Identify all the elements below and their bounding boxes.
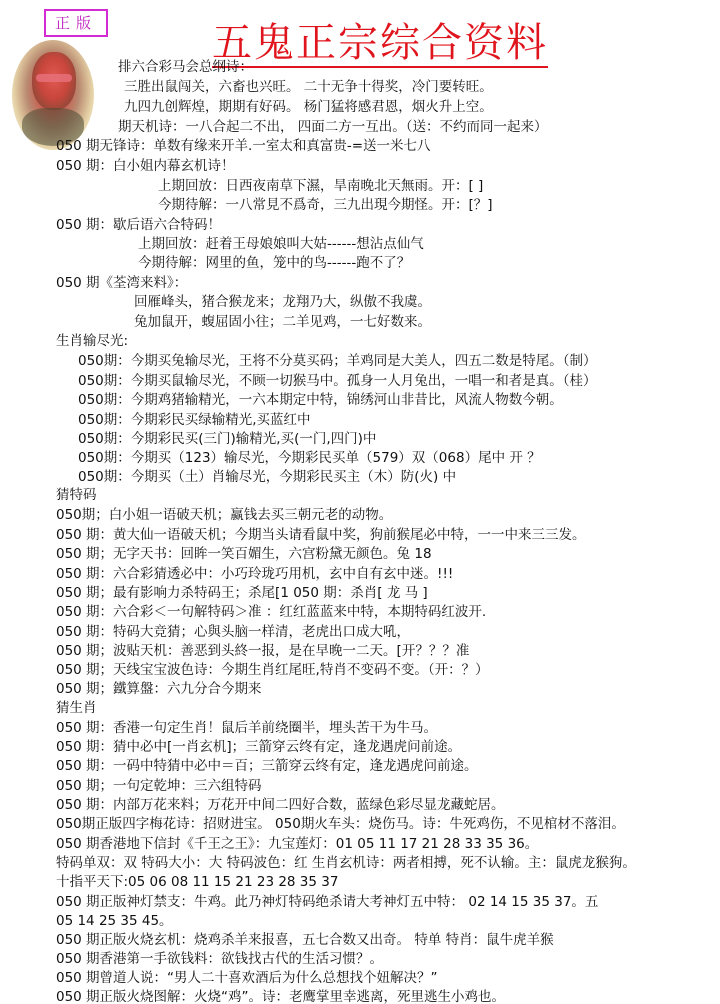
text-line: 050 期正版火烧图解：火烧“鸡”。诗：老鹰掌里幸逃离，死里逃生小鸡也。 [56, 988, 505, 1004]
text-line: 生肖输尽光: [56, 332, 128, 350]
text-line: 050 期正版神灯禁支：牛鸡。此乃神灯特码绝杀请大考神灯五中特： 02 14 1… [56, 893, 598, 911]
text-line: 050 期：猜中必中[一肖玄机]；三箭穿云终有定，逢龙遇虎问前途。 [56, 738, 461, 756]
text-line: 今期待解：网里的鱼，笼中的鸟------跑不了？ [138, 254, 410, 272]
text-line: 期天机诗：一八合起二不出， 四面二方一互出。（送：不约而同一起来） [118, 118, 548, 136]
text-line: 050 期；天线宝宝波色诗：今期生肖红尾旺,特肖不变码不变。（开：？） [56, 661, 489, 679]
text-line: 050 期；无字天书：回眸一笑百媚生，六宫粉黛无颜色。兔 18 [56, 545, 432, 563]
text-line: 050 期：歇后语六合特码！ [56, 216, 221, 234]
text-line: 050 期；最有影响力杀特码王；杀尾[1 050 期：杀肖[ 龙 马 ] [56, 584, 428, 602]
genuine-badge: 正版 [44, 9, 108, 37]
text-line: 050 期香港地下信封《千王之王》：九宝莲灯：01 05 11 17 21 28… [56, 835, 538, 853]
text-line: 特码单双：双 特码大小：大 特码波色：红 生肖玄机诗：两者相搏，死不认输。主：鼠… [56, 854, 636, 872]
text-line: 050 期：六合彩猜透必中：小巧玲珑巧用机，玄中自有玄中迷。!!! [56, 565, 453, 583]
portrait-glasses [36, 74, 72, 82]
text-line: 050 期；一句定乾坤：三六组特码 [56, 777, 262, 795]
text-line: 050 期曾道人说：“男人二十喜欢酒后为什么总想找个妞解决？” [56, 969, 438, 987]
page-title: 五鬼正宗综合资料 [212, 20, 548, 68]
text-line: 九四九创辉煌，期期有好码。 杨门猛将感君恩，烟火升上空。 [124, 98, 493, 116]
text-line: 050 期无锋诗：单数有缘来开羊.一室太和真富贵-=送一米七八 [56, 137, 431, 155]
text-line: 兔加鼠开，蝮屈固小往；二羊见鸡，一七好数来。 [134, 313, 431, 331]
text-line: 今期待解：一八常見不爲奇，三九出現今期怪。开：[？] [158, 196, 493, 214]
text-line: 05 14 25 35 45。 [56, 912, 173, 930]
text-line: 050 期正版火烧玄机：烧鸡杀羊来报喜，五七合数又出奇。 特单 特肖：鼠牛虎羊猴 [56, 931, 554, 949]
text-line: 上期回放：日西夜南草下濕，旱南晚北天無雨。开：[ ] [158, 177, 483, 195]
text-line: 050期：今期买（123）输尽光，今期彩民买单（579）双（068）尾中 开 ？ [78, 449, 541, 467]
text-line: 050期：今期买（土）肖输尽光，今期彩民买主（木）防(火) 中 [78, 468, 456, 486]
text-line: 050期；白小姐一语破天机；赢钱去买三朝元老的动物。 [56, 506, 392, 524]
text-line: 050期：今期鸡猪输精光，一六本期定中特，锦绣河山非昔比，风流人物数今朝。 [78, 391, 563, 409]
text-line: 050 期香港第一手欲钱料：欲钱找古代的生活习惯？。 [56, 950, 383, 968]
text-line: 050 期：特码大竞猜；心與头脑一样清，老虎出口成大吼， [56, 623, 410, 641]
text-line: 050 期：内部万花来料；万花开中间二四好合数，蓝绿色彩尽显龙藏蛇居。 [56, 796, 505, 814]
text-line: 050 期：黄大仙一语破天机；今期当头请看鼠中奖，狗前猴尾必中特，一一中来三三发… [56, 526, 586, 544]
text-line: 050期：今期买鼠输尽光，不顾一切猴马中。孤身一人月兔出，一唱一和者是真。（桂） [78, 372, 597, 390]
text-line: 050 期；波贴天机：善恶到头終一报，是在早晚一二天。[开？？？准 [56, 642, 469, 660]
text-line: 050 期：一码中特猜中必中＝百；三箭穿云终有定，逢龙遇虎问前途。 [56, 757, 478, 775]
text-line: 排六合彩马会总纲诗： [118, 58, 253, 76]
text-line: 十指平天下:05 06 08 11 15 21 23 28 35 37 [56, 873, 338, 891]
text-line: 猜特码 [56, 486, 97, 504]
text-line: 050 期；鐵算盤：六九分合今期来 [56, 680, 262, 698]
text-line: 050 期：香港一句定生肖！鼠后羊前绕圈半，埋头苦干为牛马。 [56, 719, 437, 737]
text-line: 050 期《荃湾来料》： [56, 274, 187, 292]
text-line: 050期正版四字梅花诗：招财进宝。 050期火车头：烧伤马。诗：牛死鸡伤，不见棺… [56, 815, 625, 833]
text-line: 回雁峰头，猪合猴龙来；龙翔乃大，纵傲不我虞。 [134, 293, 431, 311]
text-line: 050 期：六合彩＜一句解特码＞准 ：红红蓝蓝来中特，本期特码红波开. [56, 603, 486, 621]
text-line: 上期回放：赶着王母娘娘叫大姑------想沾点仙气 [138, 235, 424, 253]
text-line: 050 期：白小姐内幕玄机诗！ [56, 157, 235, 175]
text-line: 050期：今期彩民买绿输精光,买蓝红中 [78, 411, 311, 429]
portrait-image [12, 40, 94, 150]
text-line: 050期：今期买兔输尽光，王将不分莫买码；羊鸡同是大美人，四五二数是特尾。（制） [78, 352, 597, 370]
text-line: 050期：今期彩民买(三门)输精光,买(一门,四门)中 [78, 430, 376, 448]
text-line: 三胜出鼠闯关，六畜也兴旺。 二十无争十得奖，冷门要转旺。 [124, 78, 493, 96]
text-line: 猜生肖 [56, 699, 97, 717]
